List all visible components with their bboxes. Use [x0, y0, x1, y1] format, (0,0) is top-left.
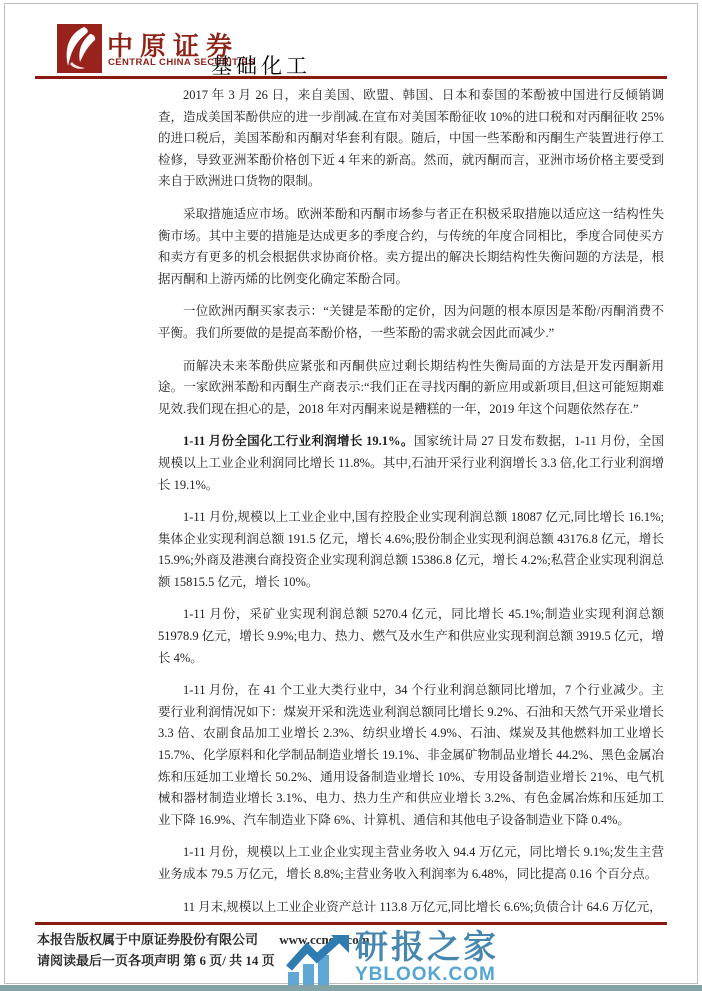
- body-paragraph: 而解决未来苯酚供应紧张和丙酮供应过剩长期结构性失衡局面的方法是开发丙酮新用途。一…: [158, 356, 664, 421]
- body-paragraph: 1-11 月份全国化工行业利润增长 19.1%。国家统计局 27 日发布数据，1…: [158, 431, 664, 496]
- body-paragraph: 采取措施适应市场。欧洲苯酚和丙酮市场参与者正在积极采取措施以适应这一结构性失衡市…: [158, 204, 664, 290]
- header-divider-rule: [35, 76, 667, 79]
- watermark-text-column: 研报之家 YBLOOK.COM: [355, 929, 499, 985]
- paragraph-lead-bold: 1-11 月份全国化工行业利润增长 19.1%。: [183, 434, 414, 448]
- watermark-site-name: YBLOOK.COM: [355, 965, 499, 985]
- body-paragraph: 1-11 月份,规模以上工业企业中,国有控股企业实现利润总额 18087 亿元,…: [158, 507, 664, 593]
- body-paragraph: 1-11 月份，采矿业实现利润总额 5270.4 亿元，同比增长 45.1%;制…: [158, 604, 664, 669]
- body-paragraph: 11 月末,规模以上工业企业资产总计 113.8 万亿元,同比增长 6.6%;负…: [158, 897, 664, 919]
- body-paragraph: 1-11 月份，规模以上工业企业实现主营业务收入 94.4 万亿元，同比增长 9…: [158, 842, 664, 885]
- bar-chart-arrow-icon: [286, 935, 350, 991]
- footer-divider-rule: [35, 922, 667, 925]
- report-body: 2017 年 3 月 26 日，来自美国、欧盟、韩国、日本和泰国的苯酚被中国进行…: [158, 85, 664, 929]
- page-bottom-edge: [0, 985, 702, 991]
- body-paragraph: 1-11 月份，在 41 个工业大类行业中，34 个行业利润总额同比增加，7 个…: [158, 680, 664, 831]
- body-paragraph: 2017 年 3 月 26 日，来自美国、欧盟、韩国、日本和泰国的苯酚被中国进行…: [158, 85, 664, 193]
- disclaimer-text: 请阅读最后一页各项声明: [37, 953, 180, 968]
- page-number-info: 第 6 页/ 共 14 页: [183, 953, 274, 968]
- central-china-securities-logo-icon: [57, 24, 102, 73]
- body-paragraph: 一位欧洲丙酮买家表示：“关键是苯酚的定价，因为问题的根本原因是苯酚/丙酮消费不平…: [158, 301, 664, 344]
- watermark-name-chinese: 研报之家: [355, 929, 499, 965]
- ybook-watermark: 研报之家 YBLOOK.COM: [286, 929, 499, 991]
- copyright-text: 本报告版权属于中原证券股份有限公司: [37, 932, 258, 947]
